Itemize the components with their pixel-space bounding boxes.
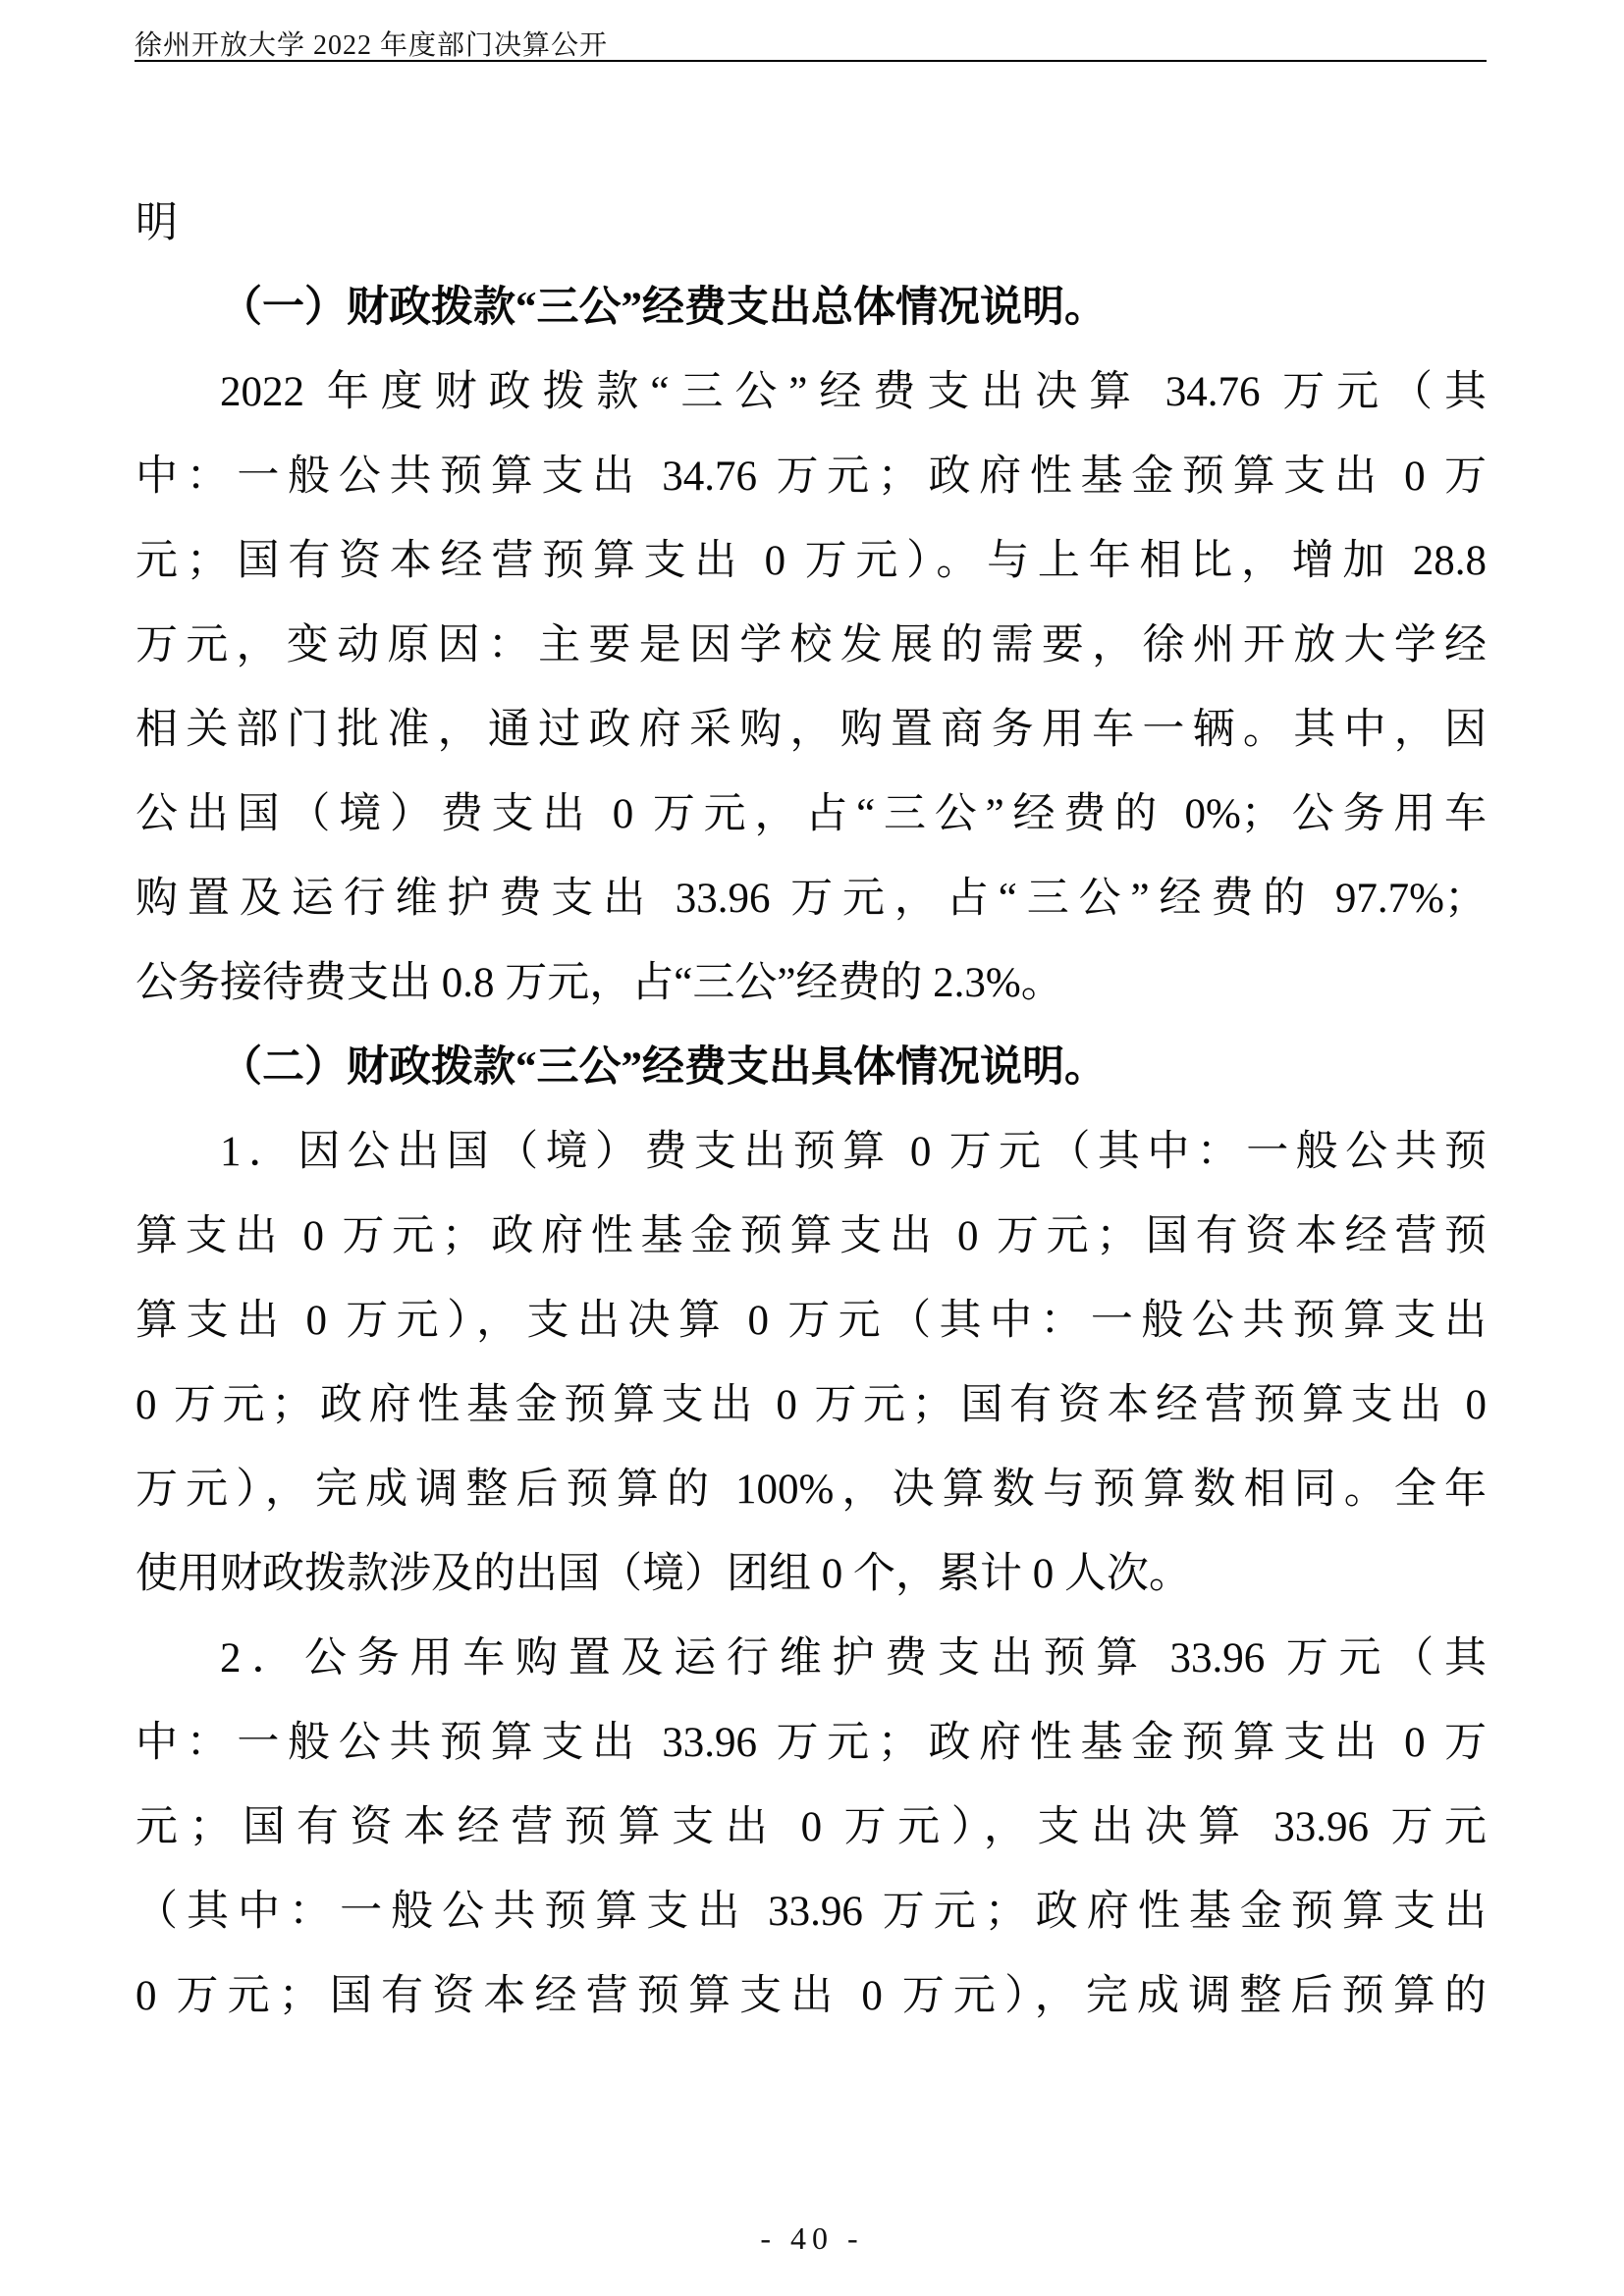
page-number: - 40 - xyxy=(0,2220,1624,2257)
text-line: 购置及运行维护费支出 33.96 万元，占“三公”经费的 97.7%； xyxy=(135,857,1487,941)
section-heading: （一）财政拨款“三公”经费支出总体情况说明。 xyxy=(135,266,1487,350)
page-header-title: 徐州开放大学 2022 年度部门决算公开 xyxy=(135,24,1487,63)
text-line: 0 万元；国有资本经营预算支出 0 万元），完成调整后预算的 xyxy=(135,1954,1487,2039)
text-line: 使用财政拨款涉及的出国（境）团组 0 个，累计 0 人次。 xyxy=(135,1532,1487,1617)
text-line: 元；国有资本经营预算支出 0 万元），支出决算 33.96 万元 xyxy=(135,1786,1487,1870)
text-line: 中：一般公共预算支出 33.96 万元；政府性基金预算支出 0 万 xyxy=(135,1701,1487,1786)
text-line: 2．公务用车购置及运行维护费支出预算 33.96 万元（其 xyxy=(135,1617,1487,1701)
text-line: （其中：一般公共预算支出 33.96 万元；政府性基金预算支出 xyxy=(135,1870,1487,1954)
document-body: 明 （一）财政拨款“三公”经费支出总体情况说明。 2022 年度财政拨款“三公”… xyxy=(135,182,1487,2039)
text-line: 万元），完成调整后预算的 100%，决算数与预算数相同。全年 xyxy=(135,1448,1487,1532)
text-line: 公务接待费支出 0.8 万元，占“三公”经费的 2.3%。 xyxy=(135,941,1487,1026)
text-line: 算支出 0 万元），支出决算 0 万元（其中：一般公共预算支出 xyxy=(135,1279,1487,1363)
text-line: 算支出 0 万元；政府性基金预算支出 0 万元；国有资本经营预 xyxy=(135,1195,1487,1279)
text-line: 2022 年度财政拨款“三公”经费支出决算 34.76 万元（其 xyxy=(135,350,1487,435)
text-line: 元；国有资本经营预算支出 0 万元）。与上年相比，增加 28.8 xyxy=(135,519,1487,604)
text-line: 万元，变动原因：主要是因学校发展的需要，徐州开放大学经 xyxy=(135,604,1487,688)
text-line: 明 xyxy=(135,182,1487,266)
text-line: 公出国（境）费支出 0 万元，占“三公”经费的 0%；公务用车 xyxy=(135,773,1487,857)
section-heading: （二）财政拨款“三公”经费支出具体情况说明。 xyxy=(135,1026,1487,1110)
text-line: 中：一般公共预算支出 34.76 万元；政府性基金预算支出 0 万 xyxy=(135,435,1487,519)
text-line: 0 万元；政府性基金预算支出 0 万元；国有资本经营预算支出 0 xyxy=(135,1363,1487,1448)
text-line: 1．因公出国（境）费支出预算 0 万元（其中：一般公共预 xyxy=(135,1110,1487,1195)
document-page: 徐州开放大学 2022 年度部门决算公开 明 （一）财政拨款“三公”经费支出总体… xyxy=(0,0,1624,2296)
header-divider xyxy=(135,60,1487,62)
text-line: 相关部门批准，通过政府采购，购置商务用车一辆。其中，因 xyxy=(135,688,1487,773)
